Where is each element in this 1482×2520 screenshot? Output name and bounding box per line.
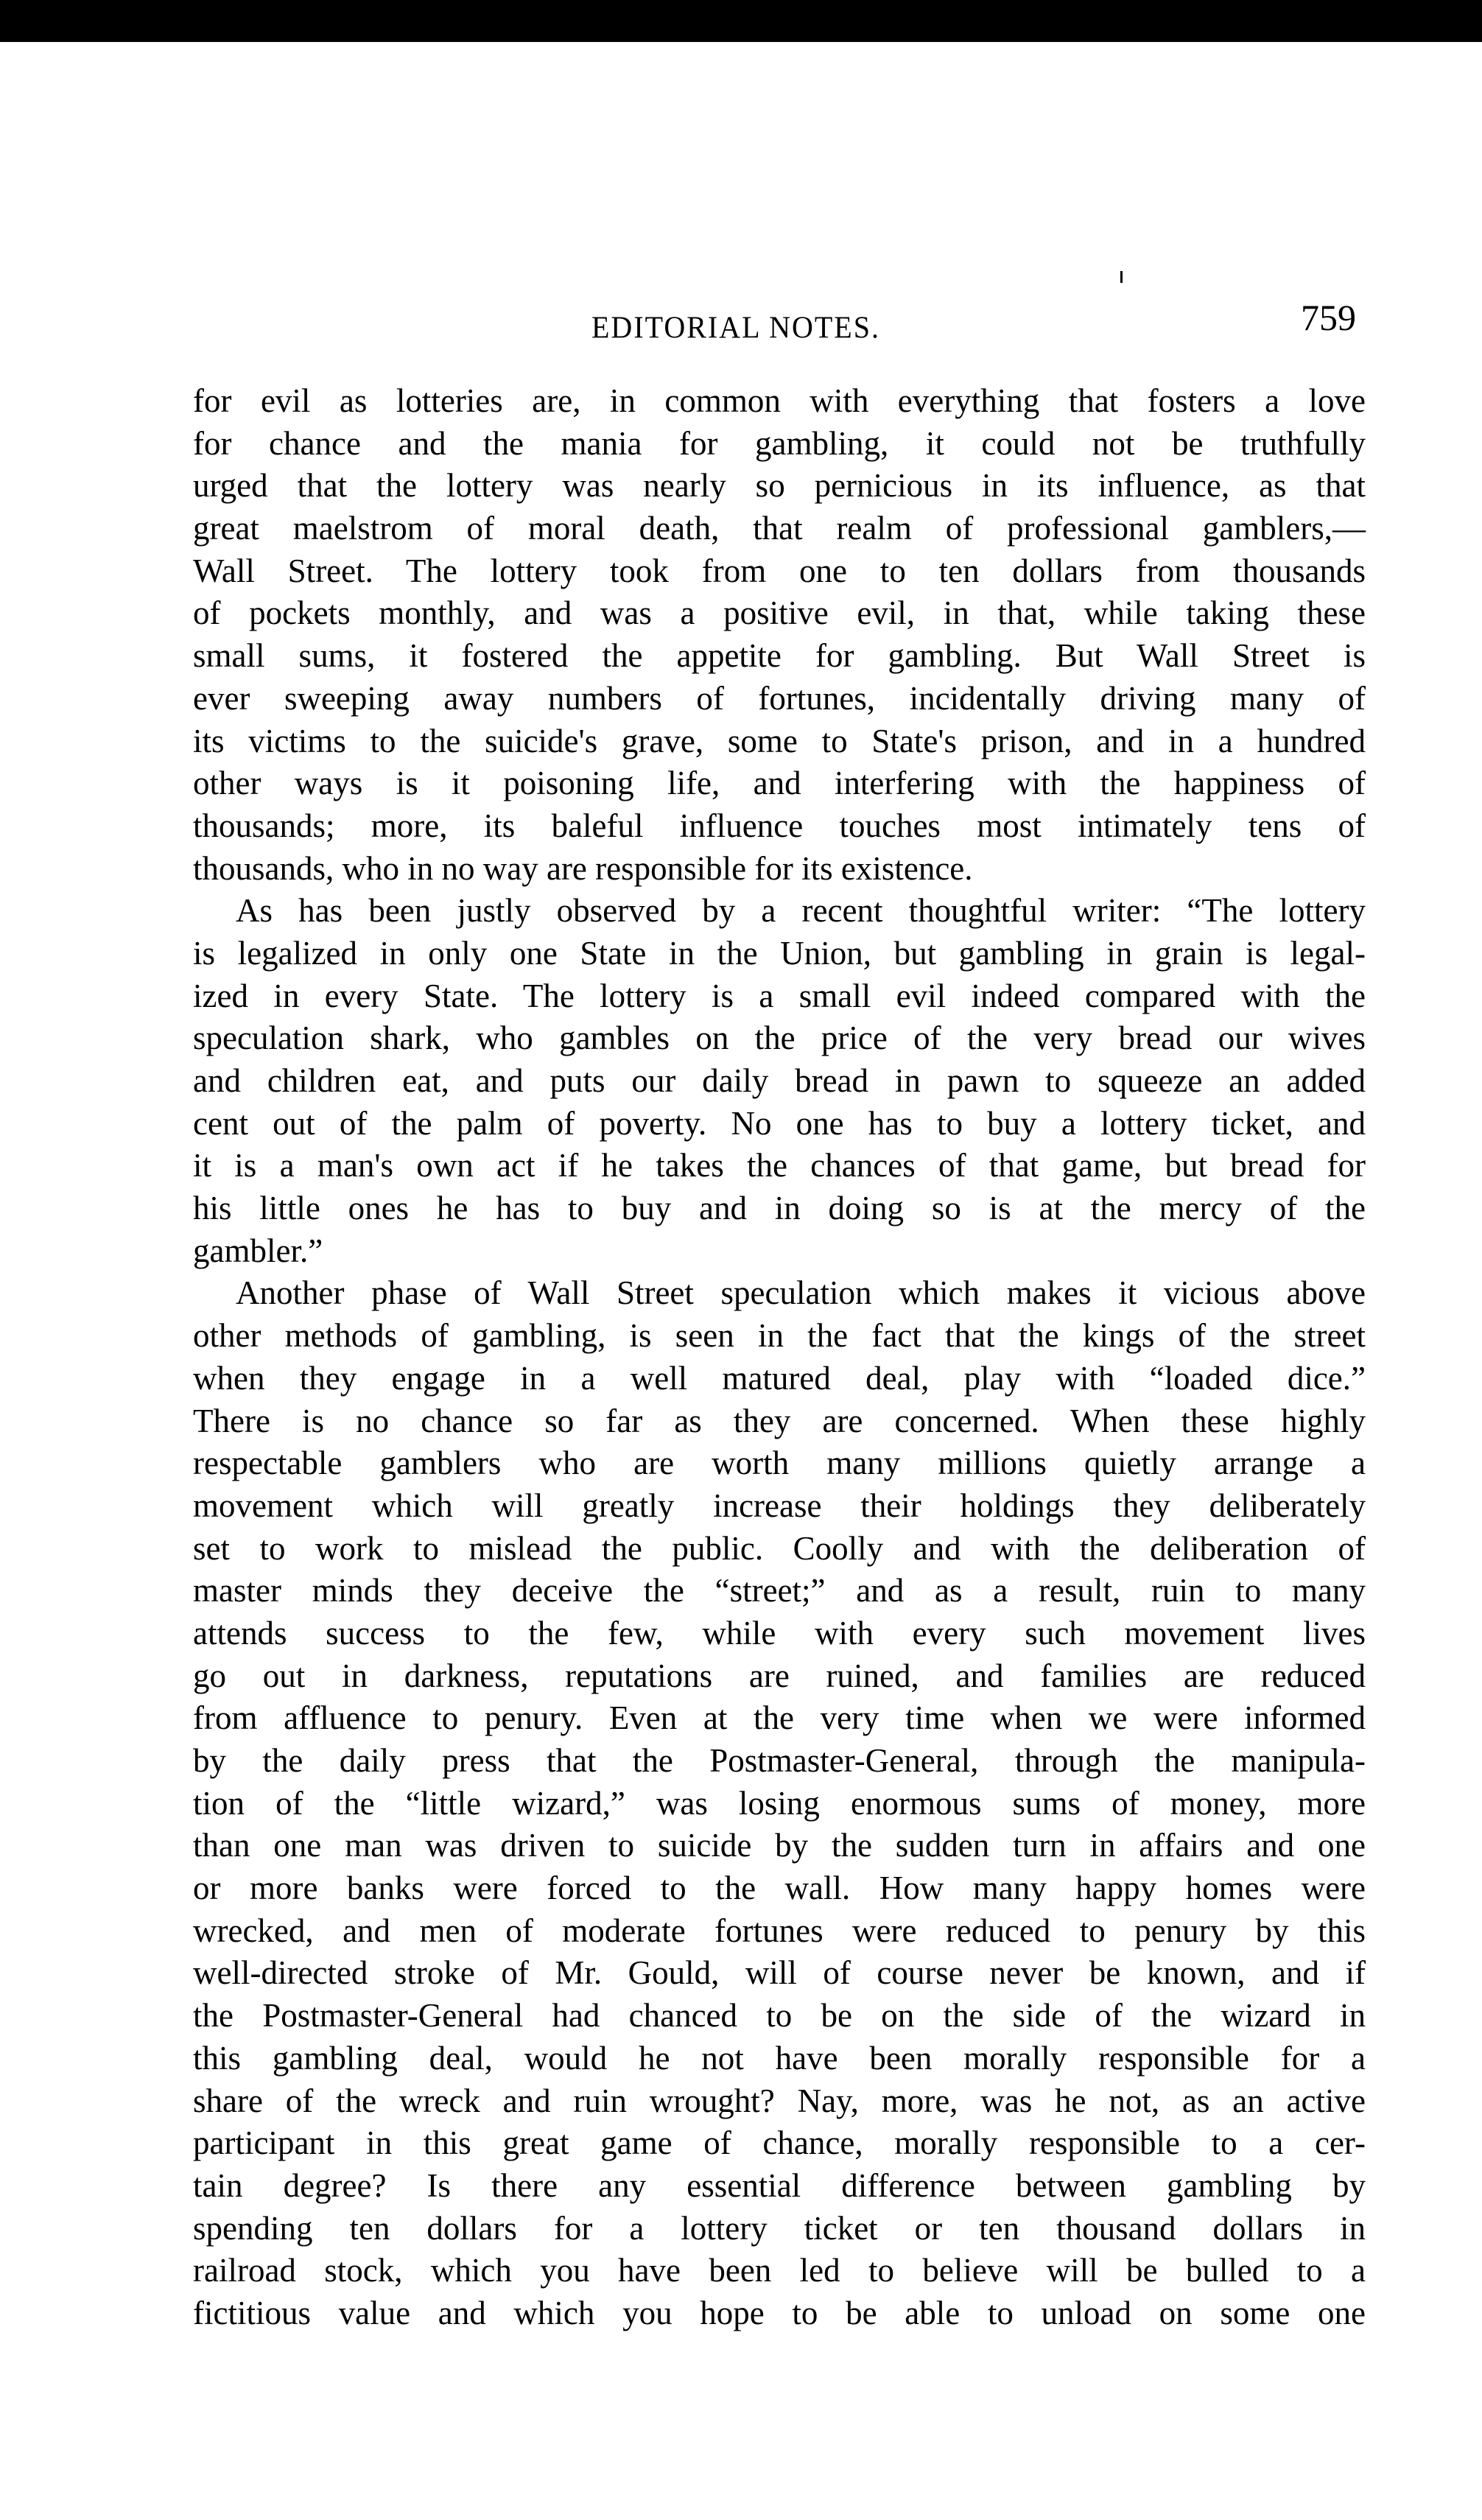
text-line: and children eat, and puts our daily bre… — [193, 1060, 1366, 1103]
text-line: well-directed stroke of Mr. Gould, will … — [193, 1952, 1366, 1995]
text-line: As has been justly observed by a recent … — [193, 890, 1366, 933]
text-line: its victims to the suicide's grave, some… — [193, 720, 1366, 763]
running-head: EDITORIAL NOTES. 759 — [0, 298, 1482, 350]
text-line: for evil as lotteries are, in common wit… — [193, 380, 1366, 423]
text-line: railroad stock, which you have been led … — [193, 2250, 1366, 2292]
text-line: tain degree? Is there any essential diff… — [193, 2165, 1366, 2208]
text-line: spending ten dollars for a lottery ticke… — [193, 2208, 1366, 2250]
text-line: other ways is it poisoning life, and int… — [193, 762, 1366, 805]
text-line: attends success to the few, while with e… — [193, 1612, 1366, 1655]
text-line: movement which will greatly increase the… — [193, 1485, 1366, 1528]
text-line: Another phase of Wall Street speculation… — [193, 1272, 1366, 1315]
text-line: it is a man's own act if he takes the ch… — [193, 1145, 1366, 1187]
text-line: cent out of the palm of poverty. No one … — [193, 1103, 1366, 1145]
text-line: this gambling deal, would he not have be… — [193, 2038, 1366, 2080]
text-line: urged that the lottery was nearly so per… — [193, 465, 1366, 508]
running-title: EDITORIAL NOTES. — [591, 305, 880, 351]
text-line: thousands, who in no way are responsible… — [193, 848, 1366, 891]
text-line: speculation shark, who gambles on the pr… — [193, 1017, 1366, 1060]
text-line: There is no chance so far as they are co… — [193, 1400, 1366, 1443]
text-line: share of the wreck and ruin wrought? Nay… — [193, 2080, 1366, 2123]
text-line: thousands; more, its baleful influence t… — [193, 805, 1366, 848]
text-line: go out in darkness, reputations are ruin… — [193, 1655, 1366, 1698]
text-line: wrecked, and men of moderate fortunes we… — [193, 1910, 1366, 1953]
text-line: set to work to mislead the public. Cooll… — [193, 1528, 1366, 1570]
page-number: 759 — [1301, 295, 1356, 340]
text-line: when they engage in a well matured deal,… — [193, 1358, 1366, 1400]
text-line: ever sweeping away numbers of fortunes, … — [193, 678, 1366, 720]
text-line: tion of the “little wizard,” was losing … — [193, 1783, 1366, 1825]
text-line: his little ones he has to buy and in doi… — [193, 1187, 1366, 1230]
paragraph-3: Another phase of Wall Street speculation… — [193, 1272, 1366, 2334]
paragraph-2: As has been justly observed by a recent … — [193, 890, 1366, 1272]
text-line: or more banks were forced to the wall. H… — [193, 1867, 1366, 1910]
text-line: participant in this great game of chance… — [193, 2122, 1366, 2165]
text-line: gambler.” — [193, 1230, 1366, 1273]
scan-border-bar — [0, 0, 1482, 42]
text-line: the Postmaster-General had chanced to be… — [193, 1995, 1366, 2038]
text-line: small sums, it fostered the appetite for… — [193, 635, 1366, 678]
text-line: than one man was driven to suicide by th… — [193, 1825, 1366, 1867]
text-line: other methods of gambling, is seen in th… — [193, 1315, 1366, 1358]
body-text: for evil as lotteries are, in common wit… — [193, 380, 1366, 2335]
text-line: is legalized in only one State in the Un… — [193, 933, 1366, 975]
text-line: Wall Street. The lottery took from one t… — [193, 550, 1366, 593]
text-line: great maelstrom of moral death, that rea… — [193, 508, 1366, 550]
text-line: master minds they deceive the “street;” … — [193, 1570, 1366, 1612]
text-line: fictitious value and which you hope to b… — [193, 2292, 1366, 2335]
text-line: from affluence to penury. Even at the ve… — [193, 1697, 1366, 1740]
text-line: respectable gamblers who are worth many … — [193, 1442, 1366, 1485]
text-line: for chance and the mania for gambling, i… — [193, 423, 1366, 466]
text-line: by the daily press that the Postmaster-G… — [193, 1740, 1366, 1783]
paragraph-1: for evil as lotteries are, in common wit… — [193, 380, 1366, 890]
text-line: of pockets monthly, and was a positive e… — [193, 592, 1366, 635]
text-line: ized in every State. The lottery is a sm… — [193, 975, 1366, 1018]
scan-speck — [1120, 271, 1123, 283]
